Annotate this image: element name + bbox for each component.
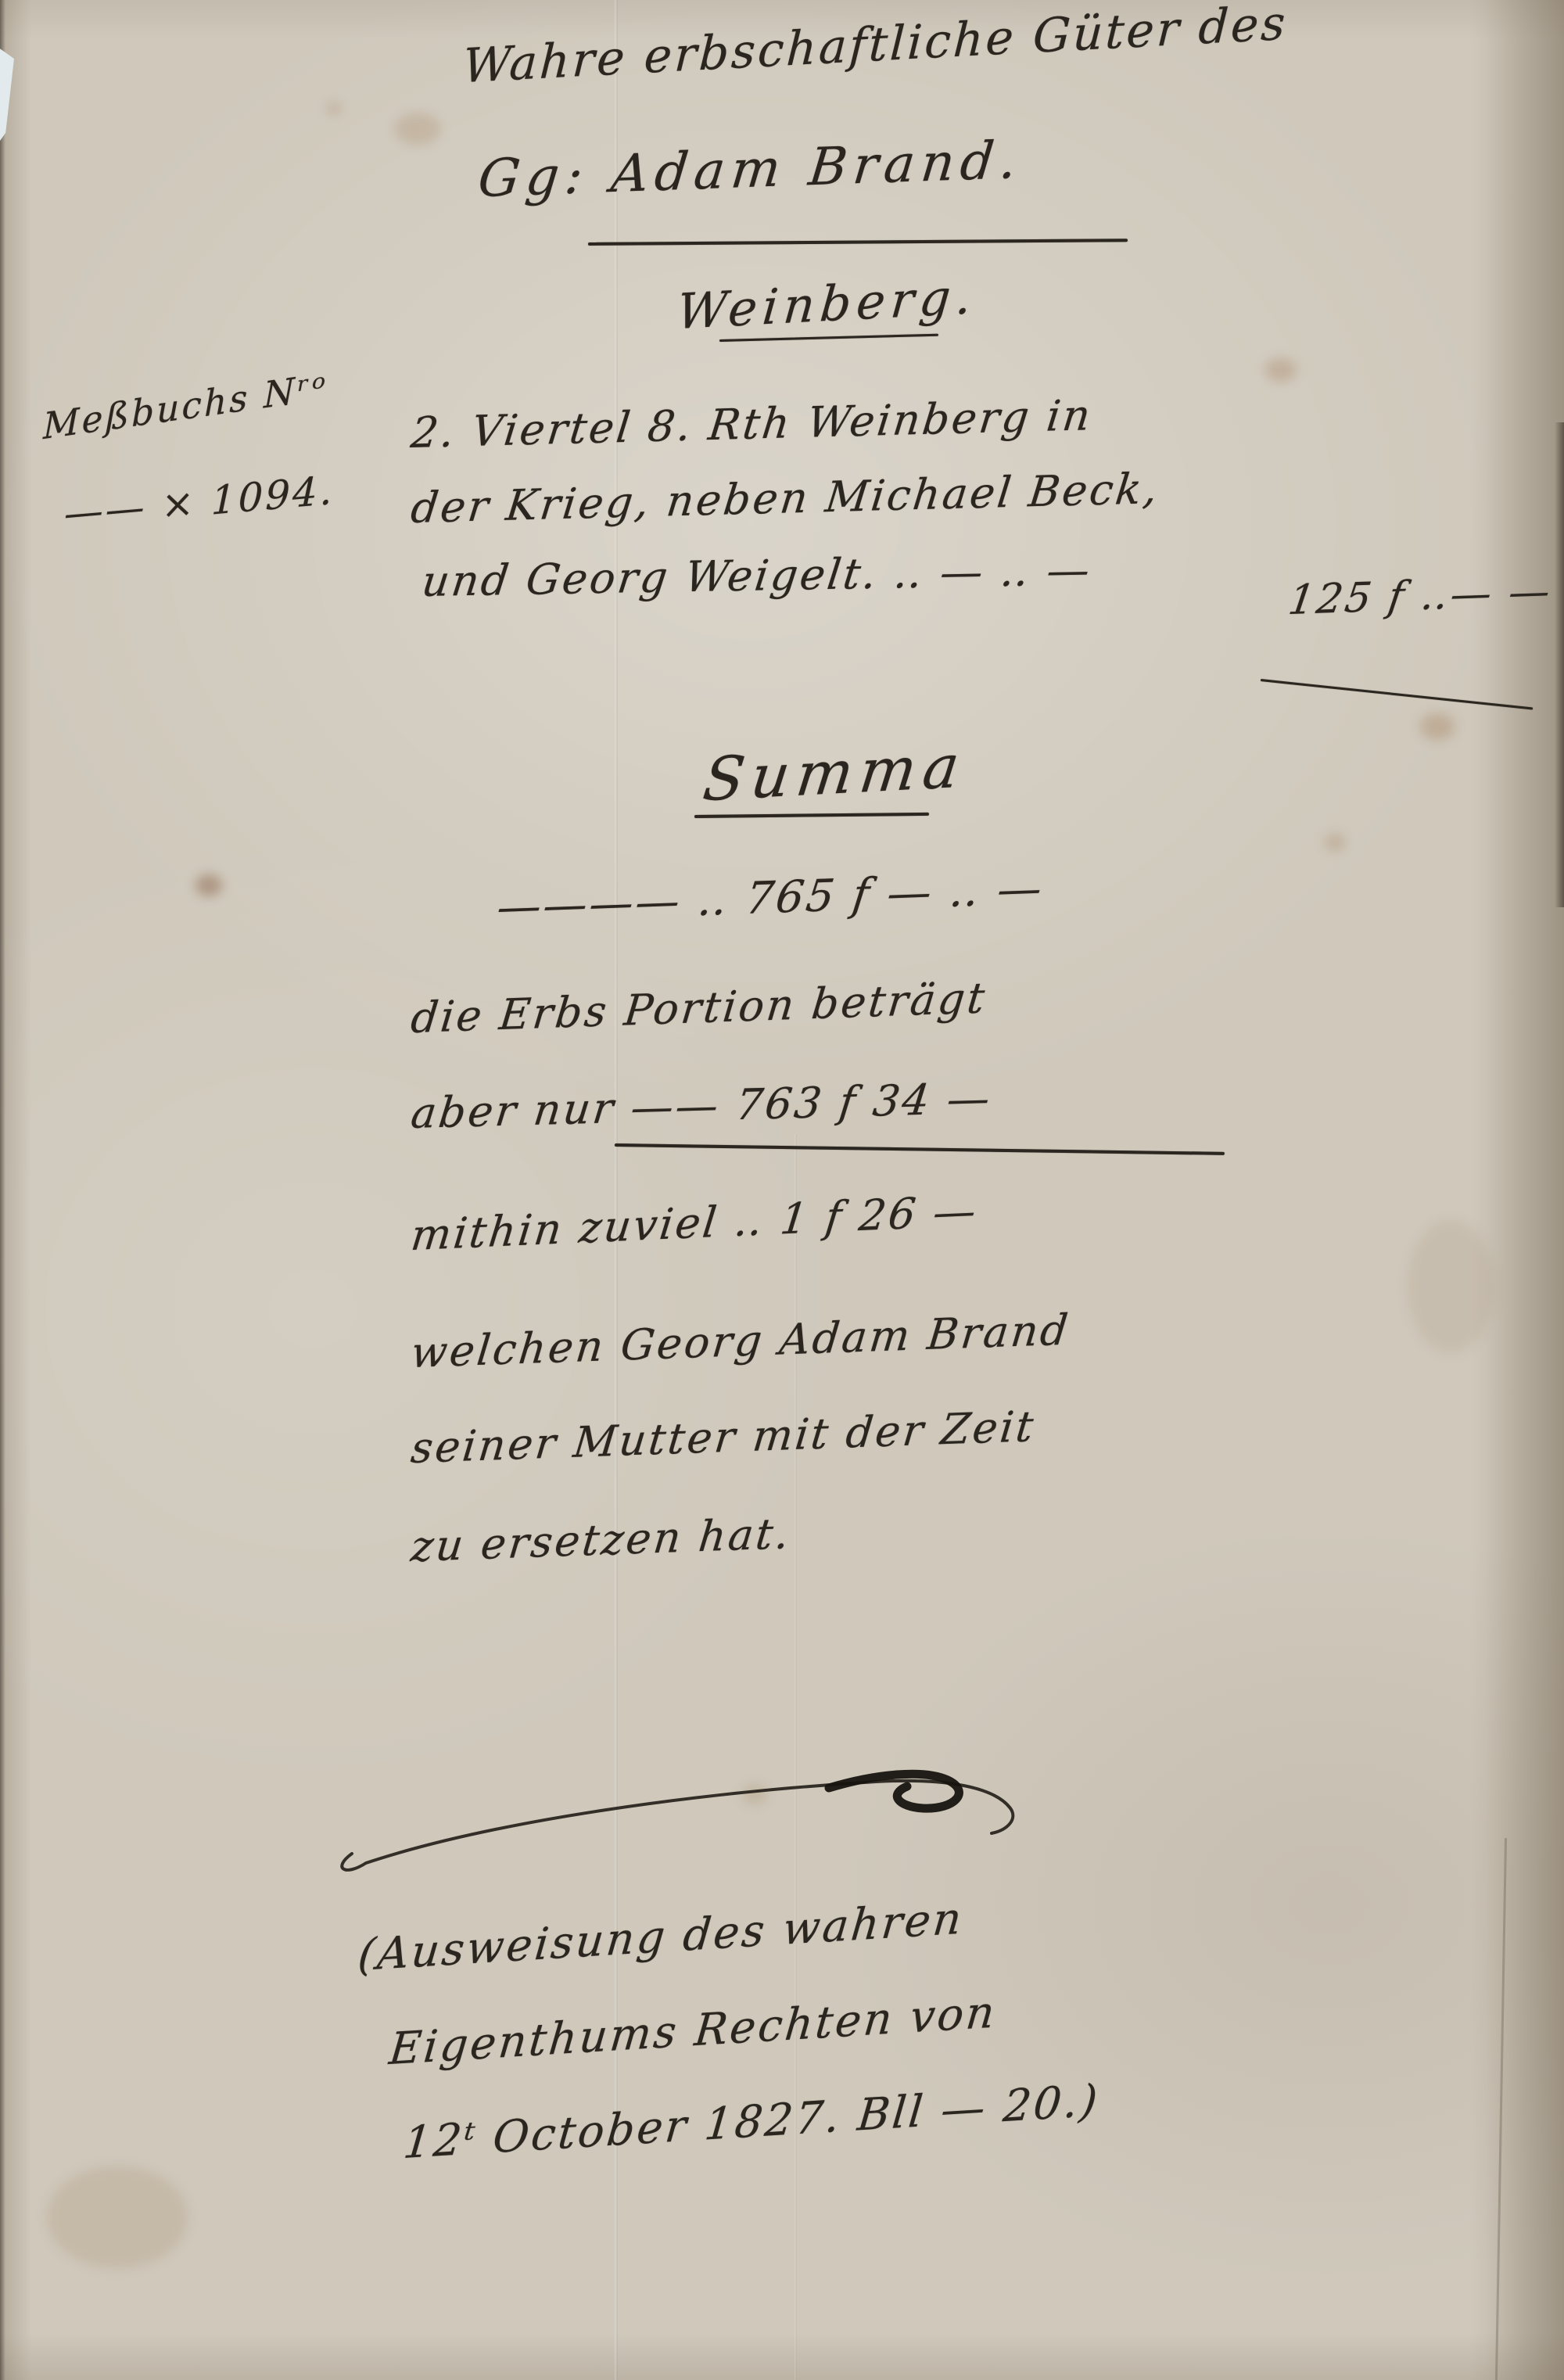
- summa-heading: Summa: [699, 731, 970, 814]
- flourish-swash: [328, 1721, 1032, 1901]
- manuscript-photo: Wahre erbschaftliche Güter des Gg: Adam …: [0, 0, 1564, 2380]
- entry-amount: 125 f ‥— —: [1286, 568, 1555, 624]
